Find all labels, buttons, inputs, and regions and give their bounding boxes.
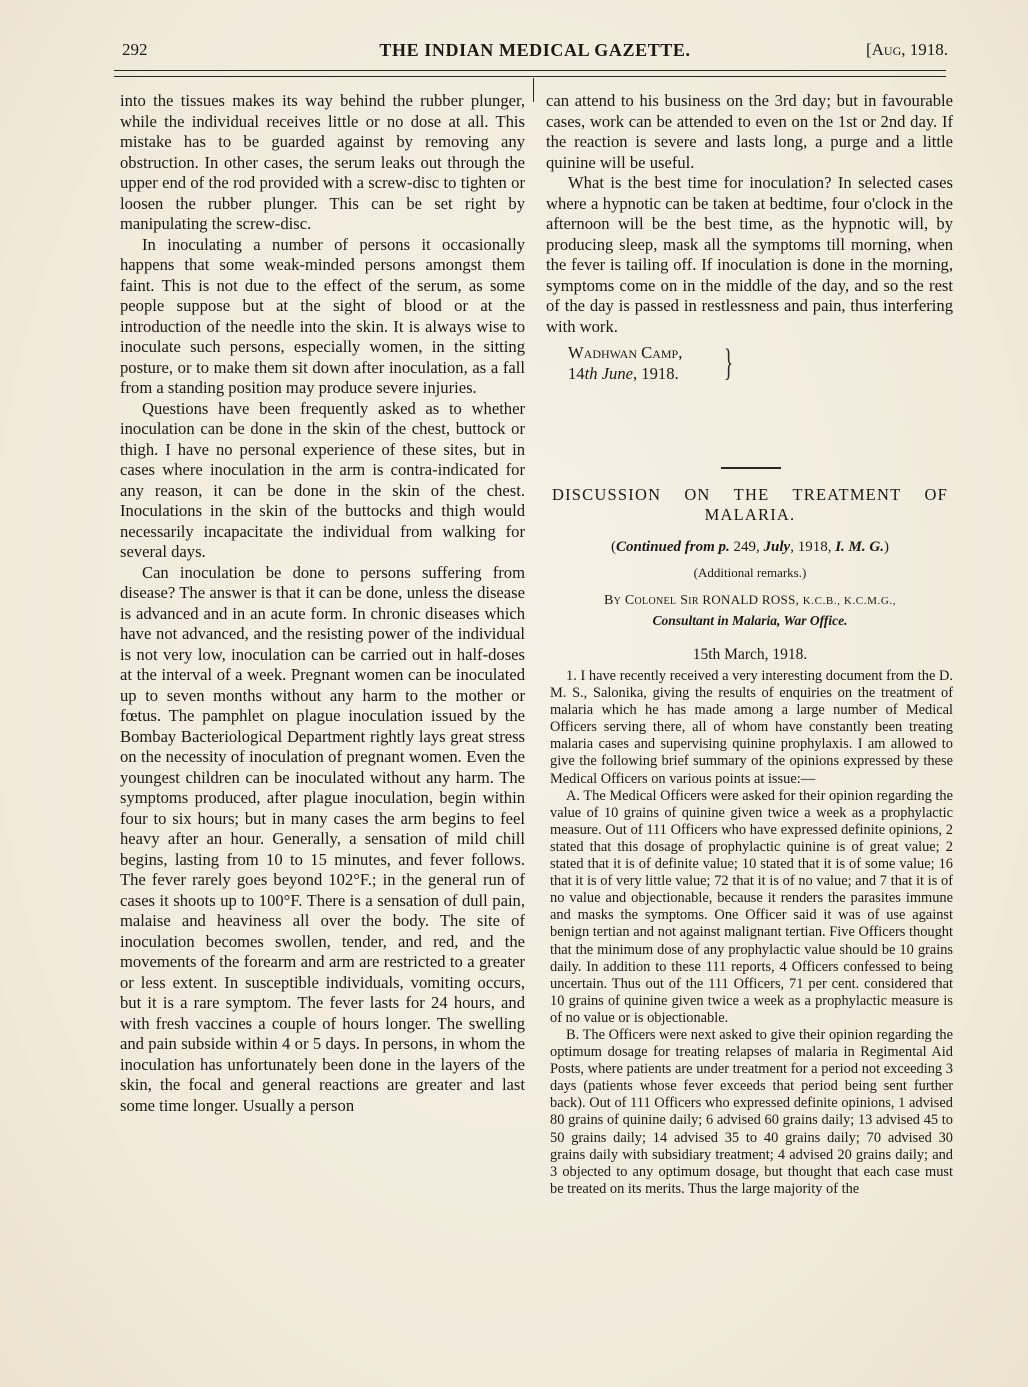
author-name: RONALD ROSS, (702, 592, 799, 607)
issue-date: [Aug, 1918. (866, 40, 948, 60)
paragraph: What is the best time for inoculation? I… (546, 173, 953, 337)
section-separator (721, 467, 781, 469)
column-divider (533, 78, 534, 102)
signature-place: Wadhwan Camp, (568, 342, 953, 363)
author-byline: By Colonel Sir RONALD ROSS, K.C.B., K.C.… (552, 592, 948, 609)
left-column: into the tissues makes its way behind th… (120, 91, 525, 1116)
journal-title: THE INDIAN MEDICAL GAZETTE. (122, 40, 948, 61)
continued-note: (Continued from p. 249, July, 1918, I. M… (552, 539, 948, 556)
paragraph: can attend to his business on the 3rd da… (546, 91, 953, 173)
article-title-line2: MALARIA. (552, 505, 948, 525)
paragraph: B. The Officers were next asked to give … (550, 1027, 953, 1198)
header-rule-thick (114, 70, 946, 71)
brace-icon: } (724, 344, 733, 382)
header-rule-thin (114, 76, 946, 77)
article-title-line1: DISCUSSION ON THE TREATMENT OF (552, 485, 948, 505)
article-body: 1. I have recently received a very inter… (550, 668, 953, 1198)
article-title: DISCUSSION ON THE TREATMENT OF MALARIA. (552, 485, 948, 525)
author-affiliation: Consultant in Malaria, War Office. (552, 613, 948, 629)
signature-block: Wadhwan Camp, 14th June, 1918. } (546, 342, 953, 384)
paragraph: Can inoculation be done to persons suffe… (120, 563, 525, 1117)
signature-date: 14th June, 1918. (568, 363, 953, 384)
running-header: 292 THE INDIAN MEDICAL GAZETTE. [Aug, 19… (122, 40, 948, 64)
article-date: 15th March, 1918. (552, 646, 948, 664)
right-column-previous-article: can attend to his business on the 3rd da… (546, 91, 953, 384)
paragraph: In inoculating a number of persons it oc… (120, 235, 525, 399)
paragraph: 1. I have recently received a very inter… (550, 668, 953, 788)
paragraph: A. The Medical Officers were asked for t… (550, 788, 953, 1027)
paragraph: into the tissues makes its way behind th… (120, 91, 525, 235)
journal-page: 292 THE INDIAN MEDICAL GAZETTE. [Aug, 19… (0, 0, 1028, 1387)
article-subtitle: (Additional remarks.) (552, 565, 948, 581)
paragraph: Questions have been frequently asked as … (120, 399, 525, 563)
author-degrees: K.C.B., K.C.M.G., (803, 595, 896, 607)
